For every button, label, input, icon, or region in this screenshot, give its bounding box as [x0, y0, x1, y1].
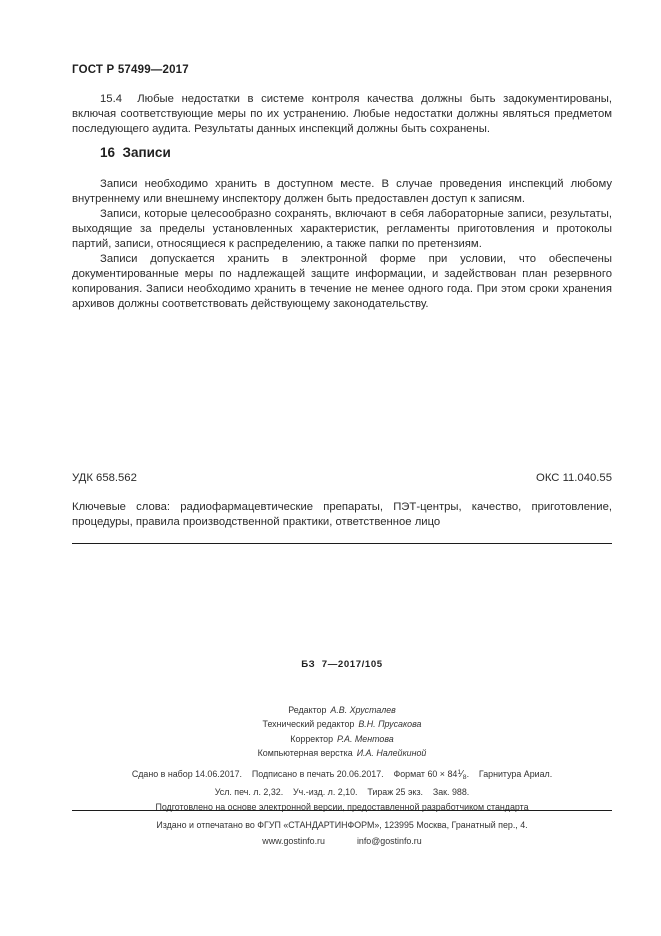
oks-code: ОКС 11.040.55 [536, 472, 612, 484]
publisher-block: Издано и отпечатано во ФГУП «СТАНДАРТИНФ… [72, 818, 612, 849]
print-colophon: Сдано в набор 14.06.2017. Подписано в пе… [72, 765, 612, 815]
credit-name: А.В. Хрусталев [330, 705, 395, 715]
credit-name: И.А. Налейкиной [357, 748, 427, 758]
colophon-line-1: Сдано в набор 14.06.2017. Подписано в пе… [72, 765, 612, 785]
colophon-typeset-info: Сдано в набор 14.06.2017. Подписано в пе… [132, 769, 458, 779]
credit-role: Технический редактор [263, 719, 355, 729]
clause-15-4-paragraph: 15.4 Любые недостатки в системе контроля… [72, 92, 612, 137]
section-16-paragraph-1: Записи необходимо хранить в доступном ме… [72, 177, 612, 207]
colophon-line-3: Подготовлено на основе электронной верси… [72, 800, 612, 815]
credit-name: Р.А. Ментова [337, 734, 394, 744]
edition-code: БЗ 7—2017/105 [72, 659, 612, 670]
credit-role: Компьютерная верстка [258, 748, 353, 758]
publisher-contacts: www.gostinfo.ru info@gostinfo.ru [72, 834, 612, 849]
credit-line-technical-editor: Технический редакторВ.Н. Прусакова [72, 717, 612, 731]
publisher-website: www.gostinfo.ru [262, 834, 325, 849]
section-16-body: Записи необходимо хранить в доступном ме… [72, 177, 612, 312]
credit-role: Корректор [290, 734, 333, 744]
divider-line-top [72, 543, 612, 544]
udk-code: УДК 658.562 [72, 472, 137, 484]
colophon-line-2: Усл. печ. л. 2,32. Уч.-изд. л. 2,10. Тир… [72, 785, 612, 800]
standard-number-header: ГОСТ Р 57499—2017 [72, 64, 612, 76]
credits-block: РедакторА.В. Хрусталев Технический редак… [72, 703, 612, 760]
colophon-typeface-info: . Гарнитура Ариал. [467, 769, 553, 779]
publisher-address: Издано и отпечатано во ФГУП «СТАНДАРТИНФ… [72, 818, 612, 833]
credit-name: В.Н. Прусакова [358, 719, 421, 729]
document-page: ГОСТ Р 57499—2017 15.4 Любые недостатки … [0, 0, 661, 936]
section-16-paragraph-3: Записи допускается хранить в электронной… [72, 252, 612, 312]
section-16-heading: 16 Записи [100, 145, 640, 160]
keywords-paragraph: Ключевые слова: радиофармацевтические пр… [72, 500, 612, 530]
classification-codes-row: УДК 658.562 ОКС 11.040.55 [72, 472, 612, 484]
divider-line-bottom [72, 810, 612, 811]
publisher-email: info@gostinfo.ru [357, 834, 422, 849]
credit-line-editor: РедакторА.В. Хрусталев [72, 703, 612, 717]
credit-line-corrector: КорректорР.А. Ментова [72, 732, 612, 746]
section-16-paragraph-2: Записи, которые целесообразно сохранять,… [72, 207, 612, 252]
format-fraction: 1⁄8 [457, 769, 466, 779]
credit-line-layout: Компьютерная версткаИ.А. Налейкиной [72, 746, 612, 760]
credit-role: Редактор [288, 705, 326, 715]
